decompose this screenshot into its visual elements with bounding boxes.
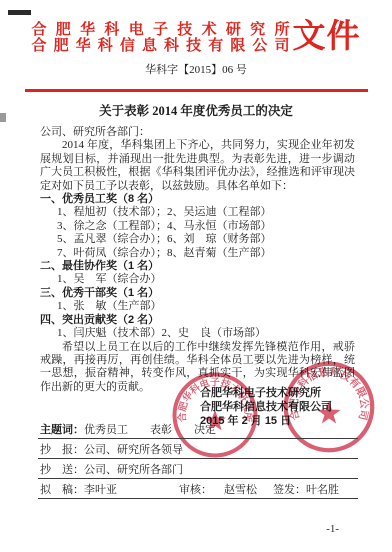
draft-label: 拟 稿： xyxy=(40,484,84,496)
subject-words-content: 优秀员工 表彰 决定 xyxy=(84,424,216,436)
copy-send-content: 公司、研究所各部门 xyxy=(84,464,183,476)
section-heading: 二、最佳协作奖（1 名） xyxy=(40,260,355,273)
document-page: 合肥华科电子技术研究所 合肥华科信息科技有限公司 文件 华科字【2015】06 … xyxy=(0,0,392,552)
document-number: 华科字【2015】06 号 xyxy=(0,64,392,76)
award-name-line: 1、张 敏（生产部） xyxy=(40,300,355,313)
page-number: -1- xyxy=(326,523,339,535)
section-heading: 三、优秀干部奖（1 名） xyxy=(40,287,355,300)
copy-send-row: 抄 送：公司、研究所各部门 xyxy=(38,464,358,479)
subject-words-row: 主题词：优秀员工 表彰 决定 xyxy=(38,424,358,439)
issuing-organizations: 合肥华科电子技术研究所 合肥华科信息科技有限公司 xyxy=(32,22,290,54)
red-divider-line xyxy=(25,89,368,92)
document-body: 公司、研究所各部门： 2014 年度，华科集团上下齐心，共同努力，实现企业年初发… xyxy=(40,126,355,394)
document-title: 关于表彰 2014 年度优秀员工的决定 xyxy=(0,104,392,119)
award-section-excellent-employee: 一、优秀员工奖（8 名） 1、程旭初（技术部）；2、吴运迪（工程部） 3、徐之念… xyxy=(40,193,355,260)
sign-label: 签发： xyxy=(273,484,306,496)
intro-paragraph: 2014 年度，华科集团上下齐心，共同努力，实现企业年初发展规划目标，并涌现出一… xyxy=(40,139,355,193)
subject-words-label: 主题词： xyxy=(40,424,84,436)
award-name-line: 5、孟凡翠（综合办）；6、刘 琼（财务部） xyxy=(40,233,355,246)
copy-report-label: 抄 报： xyxy=(40,444,84,456)
drafting-row: 拟 稿：李叶亚审核：赵雪松签发：叶名胜 xyxy=(38,484,358,499)
review-label: 审核： xyxy=(179,484,212,496)
reviewer-name: 赵雪松 xyxy=(224,484,257,496)
award-name-line: 3、徐之念（工程部）；4、马永恒（市场部） xyxy=(40,220,355,233)
award-name-line: 1、程旭初（技术部）；2、吴运迪（工程部） xyxy=(40,206,355,219)
document-footer: 主题词：优秀员工 表彰 决定 抄 报：公司、研究所各领导 抄 送：公司、研究所各… xyxy=(38,424,358,499)
award-name-line: 1、吴 军（综合办） xyxy=(40,273,355,286)
section-heading: 一、优秀员工奖（8 名） xyxy=(40,193,355,206)
award-section-best-cooperation: 二、最佳协作奖（1 名） 1、吴 军（综合办） xyxy=(40,260,355,287)
award-name-line: 1、闫庆魁（技术部）2、史 良（市场部） xyxy=(40,327,355,340)
signer-name: 叶名胜 xyxy=(306,484,339,496)
star-icon xyxy=(317,401,340,423)
drafter-name: 李叶亚 xyxy=(84,484,117,496)
award-section-outstanding-contribution: 四、突出贡献奖（2 名） 1、闫庆魁（技术部）2、史 良（市场部） xyxy=(40,314,355,341)
org-name-line2: 合肥华科信息科技有限公司 xyxy=(32,38,290,54)
document-word: 文件 xyxy=(293,21,361,54)
scan-artifact xyxy=(0,113,6,122)
award-name-line: 7、叶荷凤（综合办）；8、赵青菊（生产部） xyxy=(40,247,355,260)
salutation: 公司、研究所各部门： xyxy=(40,126,355,139)
copy-report-row: 抄 报：公司、研究所各领导 xyxy=(38,444,358,459)
award-section-excellent-cadre: 三、优秀干部奖（1 名） 1、张 敏（生产部） xyxy=(40,287,355,314)
org-name-line1: 合肥华科电子技术研究所 xyxy=(32,22,290,38)
document-header: 合肥华科电子技术研究所 合肥华科信息科技有限公司 文件 xyxy=(0,0,392,54)
scan-artifact xyxy=(8,10,31,15)
copy-send-label: 抄 送： xyxy=(40,464,84,476)
copy-report-content: 公司、研究所各领导 xyxy=(84,444,183,456)
section-heading: 四、突出贡献奖（2 名） xyxy=(40,314,355,327)
